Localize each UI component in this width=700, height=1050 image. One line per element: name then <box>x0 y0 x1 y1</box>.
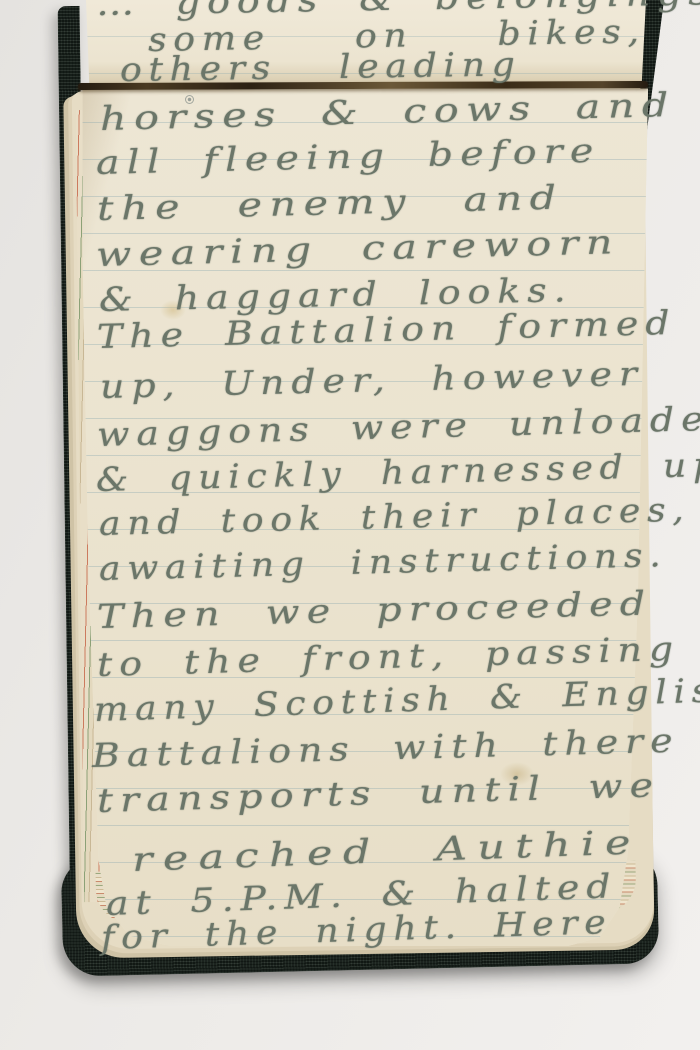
diary-page <box>78 86 648 946</box>
previous-page-bottom-strip <box>86 0 646 88</box>
small-circle-mark <box>185 95 194 104</box>
